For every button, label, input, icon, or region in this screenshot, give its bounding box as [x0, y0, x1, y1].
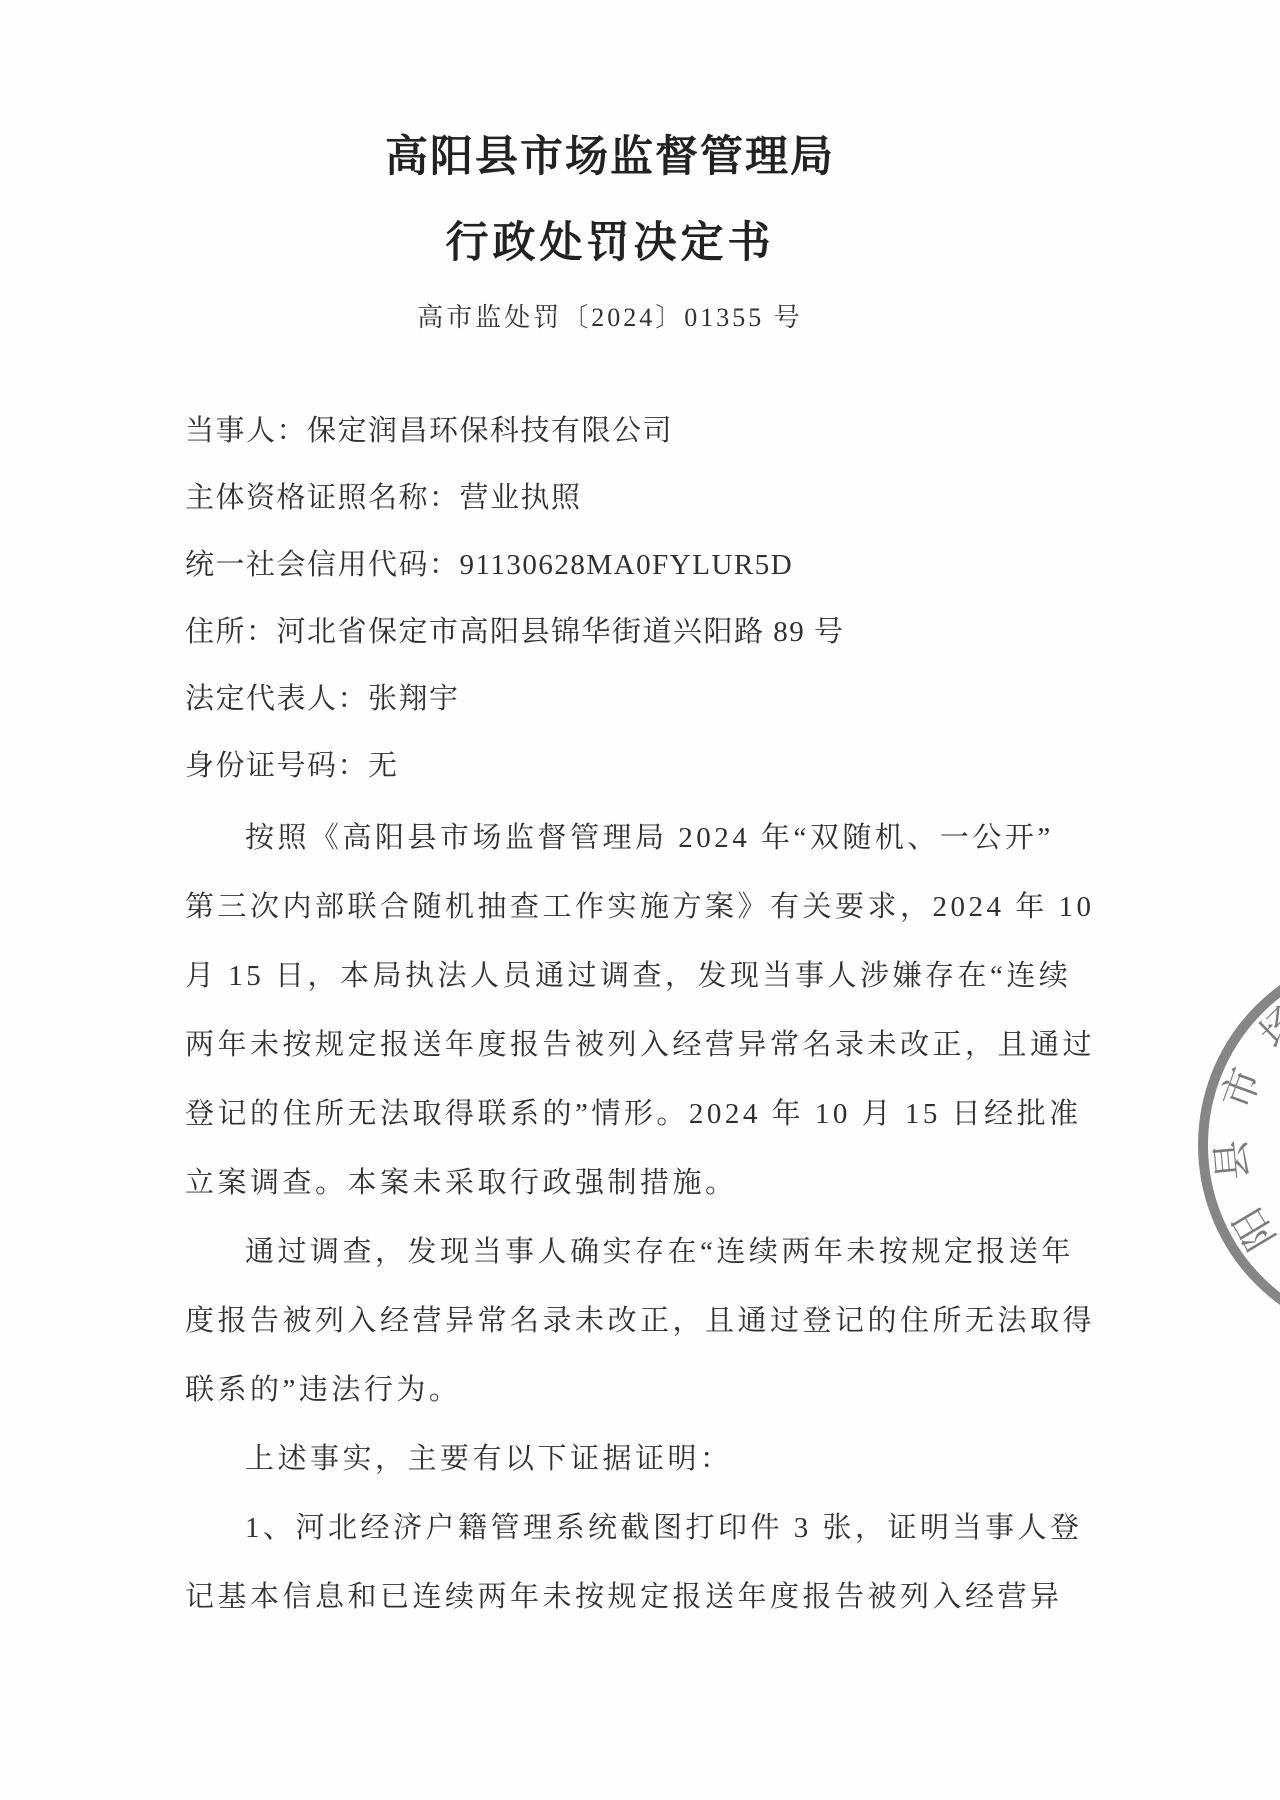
- org-title: 高阳县市场监督管理局: [185, 132, 1035, 184]
- field-legal-representative: 法定代表人：张翔宇: [185, 666, 1105, 733]
- field-credit-code: 统一社会信用代码：91130628MA0FYLUR5D: [185, 532, 1105, 599]
- party-info-section: 当事人：保定润昌环保科技有限公司 主体资格证照名称：营业执照 统一社会信用代码：…: [185, 398, 1105, 800]
- body-line: 度报告被列入经营异常名录未改正，且通过登记的住所无法取得: [185, 1287, 1105, 1356]
- field-license-name: 主体资格证照名称：营业执照: [185, 465, 1105, 532]
- body-line: 记基本信息和已连续两年未按规定报送年度报告被列入经营异: [185, 1563, 1105, 1632]
- document-page: 高阳县市场监督管理局 行政处罚决定书 高市监处罚〔2024〕01355 号 当事…: [0, 0, 1280, 1800]
- document-header: 高阳县市场监督管理局 行政处罚决定书 高市监处罚〔2024〕01355 号: [185, 132, 1105, 338]
- field-id-number: 身份证号码：无: [185, 733, 1105, 800]
- body-line: 通过调查，发现当事人确实存在“连续两年未按规定报送年: [185, 1218, 1105, 1287]
- body-line: 登记的住所无法取得联系的”情形。2024 年 10 月 15 日经批准: [185, 1080, 1105, 1149]
- official-stamp: 高阳县市场监督管理局: [1150, 920, 1280, 1380]
- body-line: 联系的”违法行为。: [185, 1356, 1105, 1425]
- doc-number: 高市监处罚〔2024〕01355 号: [185, 298, 1035, 338]
- body-line: 上述事实，主要有以下证据证明：: [185, 1425, 1105, 1494]
- body-line: 第三次内部联合随机抽查工作实施方案》有关要求，2024 年 10: [185, 873, 1105, 942]
- body-text-section: 按照《高阳县市场监督管理局 2024 年“双随机、一公开” 第三次内部联合随机抽…: [185, 804, 1105, 1632]
- body-line: 两年未按规定报送年度报告被列入经营异常名录未改正，且通过: [185, 1011, 1105, 1080]
- body-line: 立案调查。本案未采取行政强制措施。: [185, 1149, 1105, 1218]
- doc-type-title: 行政处罚决定书: [185, 218, 1035, 270]
- body-line: 按照《高阳县市场监督管理局 2024 年“双随机、一公开”: [185, 804, 1105, 873]
- body-line: 月 15 日，本局执法人员通过调查，发现当事人涉嫌存在“连续: [185, 942, 1105, 1011]
- body-line: 1、河北经济户籍管理系统截图打印件 3 张，证明当事人登: [185, 1494, 1105, 1563]
- document-content: 高阳县市场监督管理局 行政处罚决定书 高市监处罚〔2024〕01355 号 当事…: [185, 0, 1105, 1632]
- field-address: 住所：河北省保定市高阳县锦华街道兴阳路 89 号: [185, 599, 1105, 666]
- field-party: 当事人：保定润昌环保科技有限公司: [185, 398, 1105, 465]
